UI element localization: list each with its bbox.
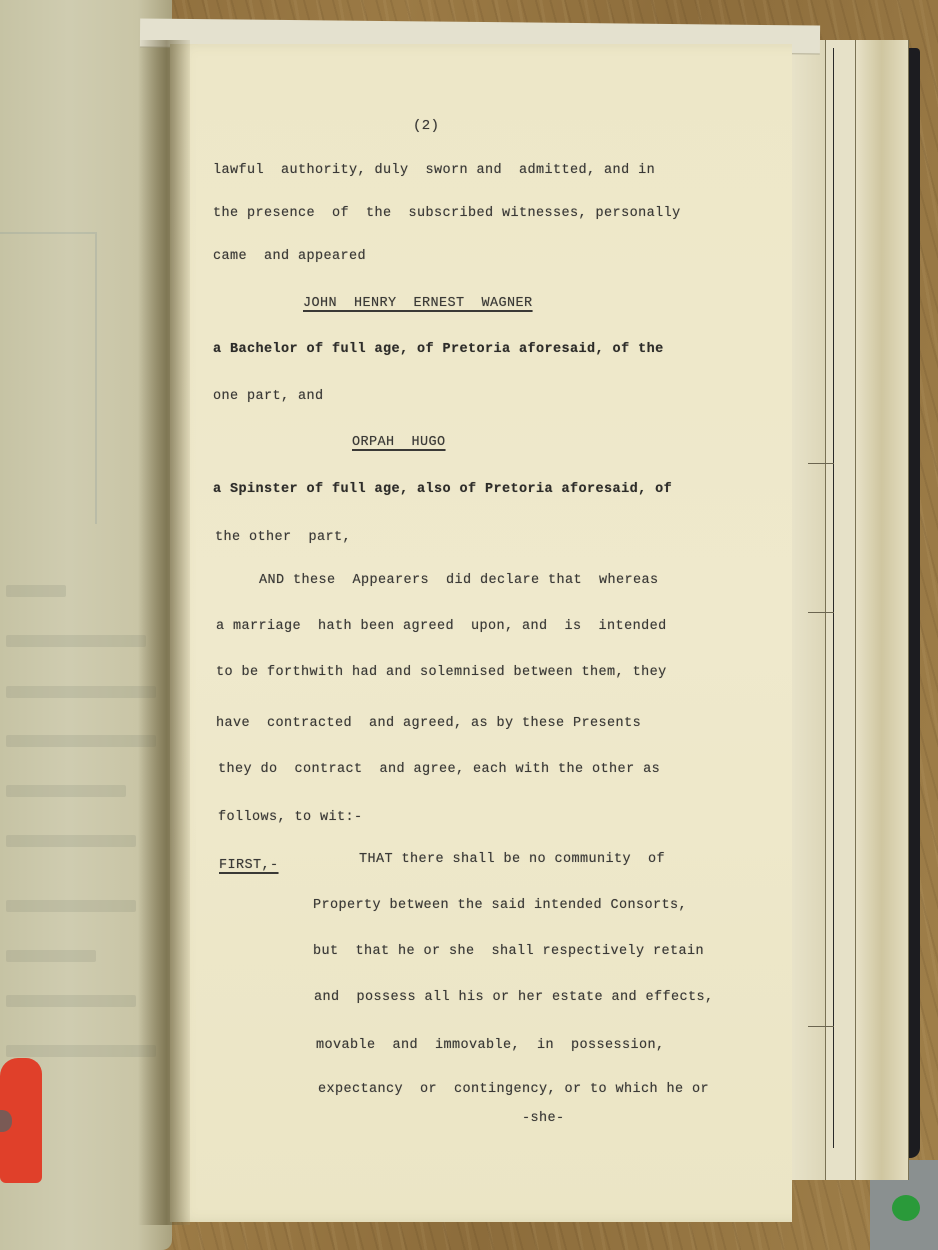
text-line: came and appeared [213,249,366,264]
bleed-through-text [6,950,96,962]
page-stack-rule [833,48,834,1148]
party-two-description: the other part, [215,530,351,545]
bleed-through-text [6,835,136,847]
page-number: (2) [413,118,439,134]
page-stack-tab-divider [808,463,834,464]
page-stack-tab-divider [808,612,834,613]
catchword: -she- [522,1111,565,1126]
clause-heading-first: FIRST,- [219,858,279,873]
page-stack-tab-divider [808,1026,834,1027]
bleed-through-text [6,785,126,797]
recital-line: have contracted and agreed, as by these … [216,716,641,731]
book-gutter-shadow [138,40,190,1225]
clause-line: THAT there shall be no community of [359,852,665,867]
bleed-through-text [6,635,146,647]
clause-line: expectancy or contingency, or to which h… [318,1082,709,1097]
recital-line: AND these Appearers did declare that whe… [259,573,659,588]
bleed-through-box [0,232,97,524]
bleed-through-text [6,1045,156,1057]
recital-line: a marriage hath been agreed upon, and is… [216,619,667,634]
party-one-name: JOHN HENRY ERNEST WAGNER [303,296,533,311]
party-two-description: a Spinster of full age, also of Pretoria… [213,482,672,497]
clause-line: Property between the said intended Conso… [313,898,687,913]
text-line: lawful authority, duly sworn and admitte… [213,163,655,178]
bleed-through-text [6,686,156,698]
recital-line: follows, to wit:- [218,810,363,825]
clause-line: and possess all his or her estate and ef… [314,990,714,1005]
party-two-name: ORPAH HUGO [352,435,446,450]
clause-line: movable and immovable, in possession, [316,1038,665,1053]
bleed-through-text [6,900,136,912]
bleed-through-text [6,585,66,597]
party-one-description: a Bachelor of full age, of Pretoria afor… [213,342,664,357]
clause-line: but that he or she shall respectively re… [313,944,704,959]
bleed-through-text [6,995,136,1007]
recital-line: they do contract and agree, each with th… [218,762,660,777]
recital-line: to be forthwith had and solemnised betwe… [216,665,667,680]
orange-object [0,1058,42,1183]
party-one-description: one part, and [213,389,324,404]
text-line: the presence of the subscribed witnesses… [213,206,681,221]
green-object [892,1195,920,1221]
bleed-through-text [6,735,156,747]
